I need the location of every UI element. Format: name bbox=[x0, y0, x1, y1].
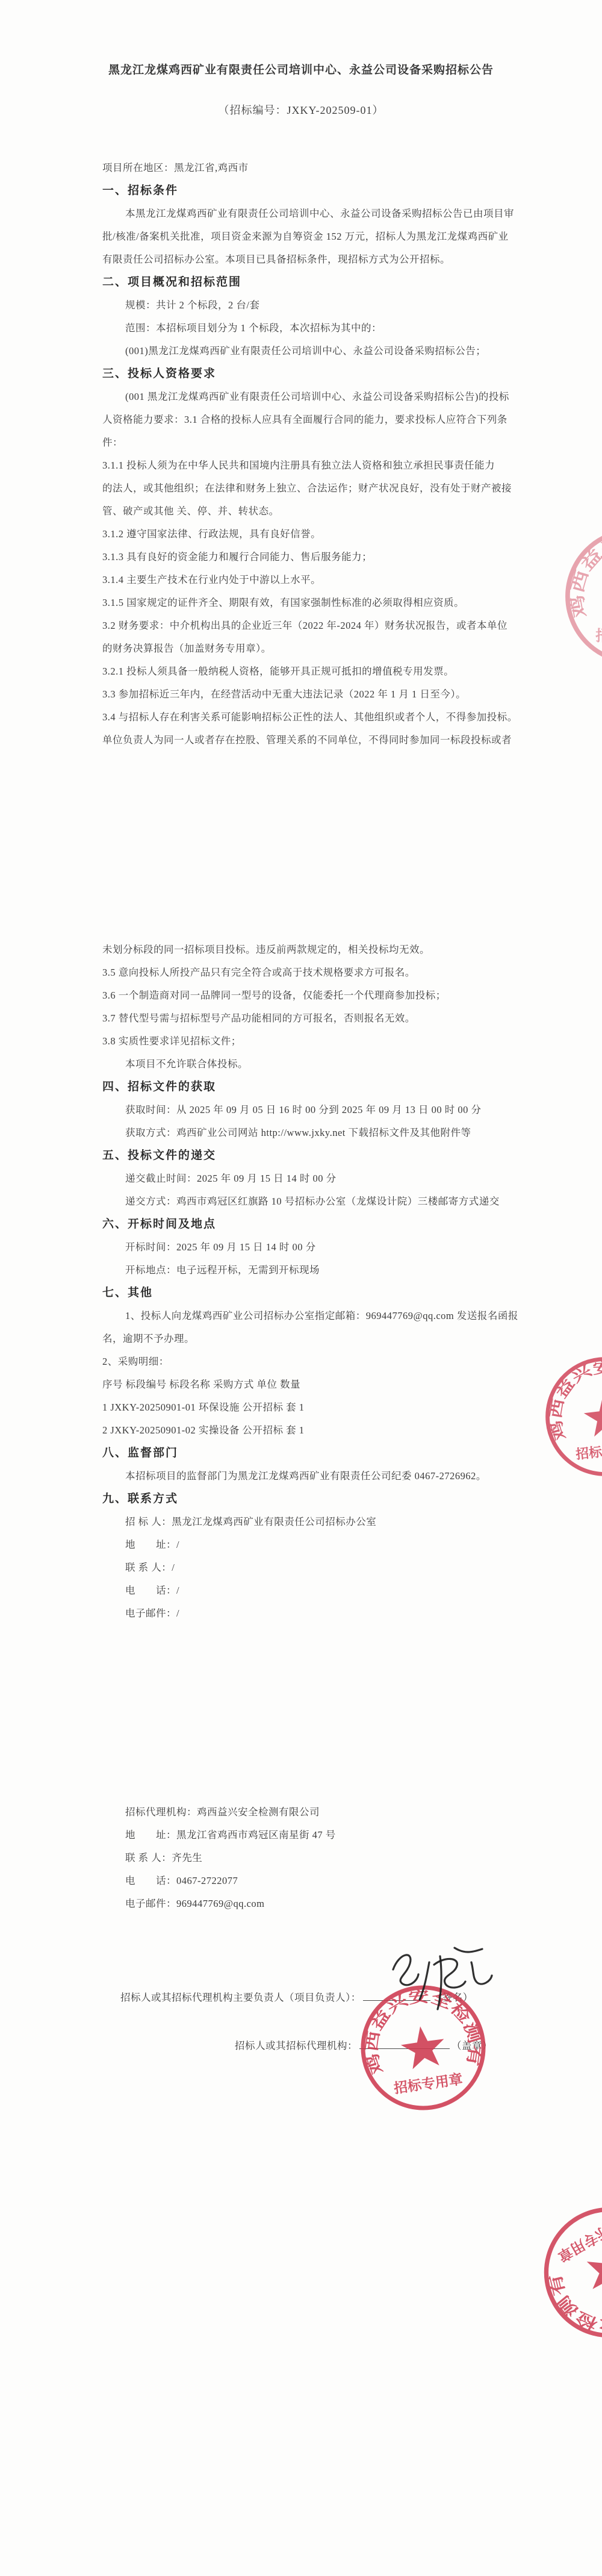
text-line: 3.1.4 主要生产技术在行业内处于中游以上水平。 bbox=[102, 569, 602, 591]
text-line: 电子邮件：/ bbox=[125, 1602, 602, 1625]
text-line: 本招标项目的监督部门为黑龙江龙煤鸡西矿业有限责任公司纪委 0467-272696… bbox=[125, 1465, 602, 1488]
text-line: 3.4 与招标人存在利害关系可能影响招标公正性的法人、其他组织或者个人，不得参加… bbox=[102, 706, 602, 729]
tender-number: （招标编号：JXKY-202509-01） bbox=[0, 102, 602, 118]
stamp-company-text: 鸡西益兴安全检测有限公司 bbox=[540, 2208, 602, 2367]
text-line: (001)黑龙江龙煤鸡西矿业有限责任公司培训中心、永益公司设备采购招标公告； bbox=[125, 340, 602, 363]
text-line: 电子邮件：969447769@qq.com bbox=[125, 1892, 602, 1915]
text-line: 3.1.1 投标人须为在中华人民共和国境内注册具有独立法人资格和独立承担民事责任… bbox=[102, 454, 602, 477]
text-line: 3.5 意向投标人所投产品只有完全符合或高于技术规格要求方可报名。 bbox=[102, 961, 602, 984]
text-line: 地 址：/ bbox=[125, 1533, 602, 1556]
text-line: 地 址：黑龙江省鸡西市鸡冠区南星街 47 号 bbox=[125, 1824, 602, 1847]
document-body: 项目所在地区：黑龙江省,鸡西市一、招标条件本黑龙江龙煤鸡西矿业有限责任公司培训中… bbox=[0, 157, 602, 1915]
stamp-type-text: 招标专用章 bbox=[554, 2214, 602, 2265]
signature-area: 鸡西益兴安全检测有限公司 招标专用章 招标人或其招标代理机构主要负责人（项目负责… bbox=[0, 1986, 602, 2119]
text-line: 批/核准/备案机关批准，项目资金来源为自筹资金 152 万元，招标人为黑龙江龙煤… bbox=[102, 225, 602, 248]
text-line: 范围：本招标项目划分为 1 个标段，本次招标为其中的： bbox=[125, 317, 602, 340]
handwritten-signature bbox=[382, 1944, 503, 2014]
text-line: 名，逾期不予办理。 bbox=[102, 1327, 602, 1350]
text-line: 获取时间：从 2025 年 09 月 05 日 16 时 00 分到 2025 … bbox=[125, 1099, 602, 1121]
section-6-heading: 六、开标时间及地点 bbox=[102, 1213, 602, 1236]
seal-underline bbox=[359, 2040, 450, 2049]
text-line: 有限责任公司招标办公室。本项目已具备招标条件，现招标方式为公开招标。 bbox=[102, 248, 602, 271]
text-line: 3.8 实质性要求详见招标文件； bbox=[102, 1030, 602, 1053]
project-region-line: 项目所在地区：黑龙江省,鸡西市 bbox=[102, 157, 602, 179]
text-line: 3.1.2 遵守国家法律、行政法规，具有良好信誉。 bbox=[102, 523, 602, 546]
text-line: 的法人，或其他组织；在法律和财务上独立、合法运作；财产状况良好，没有处于财产被接 bbox=[102, 477, 602, 500]
text-line: 3.6 一个制造商对同一品牌同一型号的设备，仅能委托一个代理商参加投标； bbox=[102, 984, 602, 1007]
text-line: 本项目不允许联合体投标。 bbox=[125, 1053, 602, 1076]
section-gap bbox=[0, 1625, 602, 1801]
text-line: 联 系 人：/ bbox=[125, 1556, 602, 1579]
text-line: 递交截止时间：2025 年 09 月 15 日 14 时 00 分 bbox=[125, 1167, 602, 1190]
text-line: 未划分标段的同一招标项目投标。违反前两款规定的，相关投标均无效。 bbox=[102, 938, 602, 961]
seal-line-suffix: （盖章） bbox=[451, 2040, 492, 2051]
table-header-line: 序号 标段编号 标段名称 采购方式 单位 数量 bbox=[102, 1373, 602, 1396]
text-line: 1、投标人向龙煤鸡西矿业公司招标办公室指定邮箱：969447769@qq.com… bbox=[125, 1305, 602, 1327]
text-line: 联 系 人：齐先生 bbox=[125, 1847, 602, 1870]
page-break-gap bbox=[0, 752, 602, 938]
text-line: 管、破产或其他 关、停、并、转状态。 bbox=[102, 500, 602, 523]
svg-text:鸡西益兴安全检测有限公司: 鸡西益兴安全检测有限公司 bbox=[540, 2208, 602, 2367]
text-line: 开标地点：电子远程开标，无需到开标现场 bbox=[125, 1259, 602, 1282]
stamp-type-text: 招标专用章 bbox=[393, 2071, 464, 2097]
text-line: 规模：共计 2 个标段，2 台/套 bbox=[125, 294, 602, 317]
project-leader-signature-line: 招标人或其招标代理机构主要负责人（项目负责人）：（签名） bbox=[120, 1986, 602, 2009]
scanned-tender-announcement-page: 黑龙江龙煤鸡西矿业有限责任公司培训中心、永益公司设备采购招标公告 （招标编号：J… bbox=[0, 0, 602, 2576]
section-3-heading: 三、投标人资格要求 bbox=[102, 363, 602, 385]
table-row-line: 2 JXKY-20250901-02 实操设备 公开招标 套 1 bbox=[102, 1419, 602, 1442]
agency-name-line: 招标代理机构：鸡西益兴安全检测有限公司 bbox=[125, 1801, 602, 1824]
section-2-heading: 二、项目概况和招标范围 bbox=[102, 271, 602, 294]
star-icon bbox=[579, 2244, 602, 2304]
text-line: 招 标 人：黑龙江龙煤鸡西矿业有限责任公司招标办公室 bbox=[125, 1511, 602, 1533]
signature-line-label: 招标人或其招标代理机构主要负责人（项目负责人）： bbox=[120, 1992, 361, 2003]
text-line: 单位负责人为同一人或者存在控股、管理关系的不同单位，不得同时参加同一标段投标或者 bbox=[102, 729, 602, 752]
text-line: 本黑龙江龙煤鸡西矿业有限责任公司培训中心、永益公司设备采购招标公告已由项目审 bbox=[125, 202, 602, 225]
section-9-heading: 九、联系方式 bbox=[102, 1488, 602, 1511]
text-line: 3.2 财务要求：中介机构出具的企业近三年（2022 年-2024 年）财务状况… bbox=[102, 614, 602, 637]
text-line: 3.7 替代型号需与招标型号产品功能相同的方可报名，否则报名无效。 bbox=[102, 1007, 602, 1030]
seal-line-label: 招标人或其招标代理机构： bbox=[235, 2040, 358, 2051]
text-line: 人资格能力要求：3.1 合格的投标人应具有全面履行合同的能力，要求投标人应符合下… bbox=[102, 408, 602, 431]
section-5-heading: 五、投标文件的递交 bbox=[102, 1144, 602, 1167]
text-line: 件： bbox=[102, 431, 602, 454]
section-8-heading: 八、监督部门 bbox=[102, 1442, 602, 1465]
table-row-line: 1 JXKY-20250901-01 环保设施 公开招标 套 1 bbox=[102, 1396, 602, 1419]
text-line: 3.1.5 国家规定的证件齐全、期限有效，有国家强制性标准的必须取得相应资质。 bbox=[102, 591, 602, 614]
section-7-heading: 七、其他 bbox=[102, 1282, 602, 1305]
text-line: 3.2.1 投标人须具备一般纳税人资格，能够开具正规可抵扣的增值税专用发票。 bbox=[102, 660, 602, 683]
text-line: (001 黑龙江龙煤鸡西矿业有限责任公司培训中心、永益公司设备采购招标公告)的投… bbox=[125, 385, 602, 408]
text-line: 电 话：/ bbox=[125, 1579, 602, 1602]
agency-seal-line: 招标人或其招标代理机构：（盖章） bbox=[235, 2035, 602, 2057]
edge-stamp-bottom: 鸡西益兴安全检测有限公司 招标专用章 bbox=[515, 2178, 602, 2367]
text-line: 3.3 参加招标近三年内，在经营活动中无重大违法记录（2022 年 1 月 1 … bbox=[102, 683, 602, 706]
section-4-heading: 四、招标文件的获取 bbox=[102, 1076, 602, 1099]
text-line: 3.1.3 具有良好的资金能力和履行合同能力、售后服务能力； bbox=[102, 546, 602, 569]
document-title: 黑龙江龙煤鸡西矿业有限责任公司培训中心、永益公司设备采购招标公告 bbox=[0, 61, 602, 80]
text-line: 递交方式：鸡西市鸡冠区红旗路 10 号招标办公室（龙煤设计院）三楼邮寄方式递交 bbox=[125, 1190, 602, 1213]
text-line: 获取方式：鸡西矿业公司网站 http://www.jxky.net 下载招标文件… bbox=[125, 1121, 602, 1144]
text-line: 开标时间：2025 年 09 月 15 日 14 时 00 分 bbox=[125, 1236, 602, 1259]
text-line: 2、采购明细： bbox=[102, 1350, 602, 1373]
section-1-heading: 一、招标条件 bbox=[102, 179, 602, 202]
text-line: 电 话：0467-2722077 bbox=[125, 1870, 602, 1892]
text-line: 的财务决算报告（加盖财务专用章）。 bbox=[102, 637, 602, 660]
